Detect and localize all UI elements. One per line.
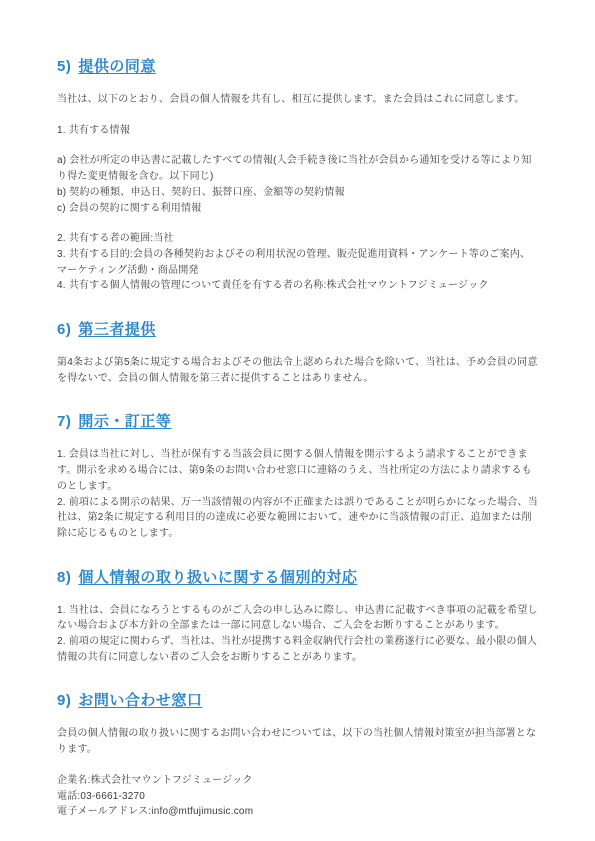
contact-details: 企業名:株式会社マウントフジミュージック 電話:03-6661-3270 電子メ… (57, 773, 538, 820)
section-heading: 8)個人情報の取り扱いに関する個別的対応 (57, 569, 538, 587)
section-heading: 7)開示・訂正等 (57, 413, 538, 431)
section-provision-consent: 5)提供の同意 当社は、以下のとおり、会員の個人情報を共有し、相互に提供します。… (57, 58, 538, 294)
section-heading: 5)提供の同意 (57, 58, 538, 76)
paragraph: 1. 当社は、会員になろうとするものがご入会の申し込みに際し、申込書に記載すべき… (57, 603, 538, 666)
section-heading: 6)第三者提供 (57, 321, 538, 339)
section-number: 5) (57, 58, 71, 75)
section-title-link[interactable]: 開示・訂正等 (78, 413, 171, 430)
section-title-link[interactable]: 提供の同意 (78, 58, 156, 75)
paragraph: 1. 会員は当社に対し、当社が保有する当該会員に関する個人情報を開示するよう請求… (57, 447, 538, 541)
section-number: 6) (57, 321, 71, 338)
paragraph: 2. 共有する者の範囲:当社 3. 共有する目的:会員の各種契約およびその利用状… (57, 231, 538, 294)
section-title-link[interactable]: 個人情報の取り扱いに関する個別的対応 (78, 569, 357, 586)
section-heading: 9)お問い合わせ窓口 (57, 692, 538, 710)
paragraph: 第4条および第5条に規定する場合およびその他法令上認められた場合を除いて、当社は… (57, 355, 538, 386)
section-title-link[interactable]: 第三者提供 (78, 321, 156, 338)
document-page: 5)提供の同意 当社は、以下のとおり、会員の個人情報を共有し、相互に提供します。… (0, 0, 595, 841)
paragraph: 当社は、以下のとおり、会員の個人情報を共有し、相互に提供します。また会員はこれに… (57, 92, 538, 108)
paragraph: 会員の個人情報の取り扱いに関するお問い合わせについては、以下の当社個人情報対策室… (57, 726, 538, 757)
section-disclosure-correction: 7)開示・訂正等 1. 会員は当社に対し、当社が保有する当該会員に関する個人情報… (57, 413, 538, 541)
paragraph: a) 会社が所定の申込書に記載したすべての情報(入会手続き後に当社が会員から通知… (57, 153, 538, 216)
section-number: 7) (57, 413, 71, 430)
section-title-link[interactable]: お問い合わせ窓口 (78, 692, 202, 709)
section-contact-window: 9)お問い合わせ窓口 会員の個人情報の取り扱いに関するお問い合わせについては、以… (57, 692, 538, 820)
section-individual-handling: 8)個人情報の取り扱いに関する個別的対応 1. 当社は、会員になろうとするものが… (57, 569, 538, 666)
section-third-party-provision: 6)第三者提供 第4条および第5条に規定する場合およびその他法令上認められた場合… (57, 321, 538, 386)
section-number: 8) (57, 569, 71, 586)
paragraph: 1. 共有する情報 (57, 123, 538, 139)
section-number: 9) (57, 692, 71, 709)
